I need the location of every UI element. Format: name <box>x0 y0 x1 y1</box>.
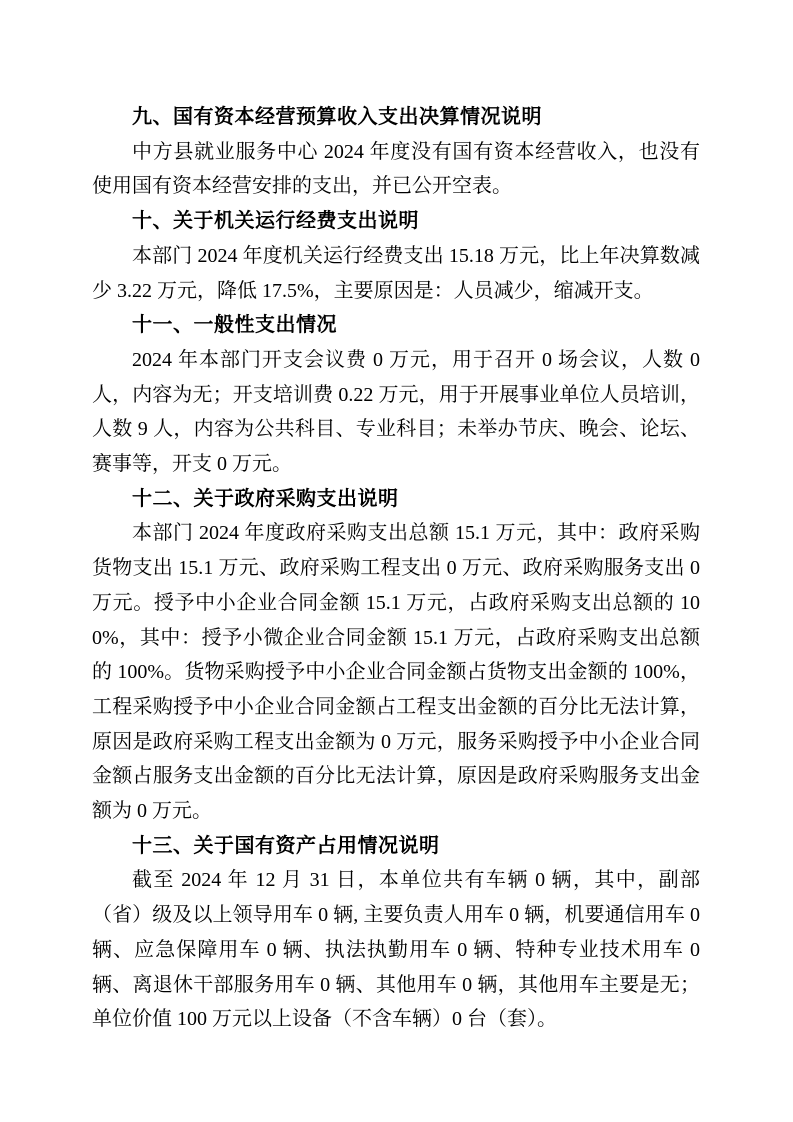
section-state-capital-budget: 九、国有资本经营预算收入支出决算情况说明 中方县就业服务中心 2024 年度没有… <box>92 100 700 204</box>
section-heading-general-expenditure: 十一、一般性支出情况 <box>92 308 700 343</box>
section-body-general-expenditure: 2024 年本部门开支会议费 0 万元，用于召开 0 场会议，人数 0 人，内容… <box>92 343 700 482</box>
section-heading-state-capital-budget: 九、国有资本经营预算收入支出决算情况说明 <box>92 100 700 135</box>
section-state-assets-occupancy: 十三、关于国有资产占用情况说明 截至 2024 年 12 月 31 日，本单位共… <box>92 829 700 1037</box>
section-heading-state-assets-occupancy: 十三、关于国有资产占用情况说明 <box>92 829 700 864</box>
section-agency-operating-expenses: 十、关于机关运行经费支出说明 本部门 2024 年度机关运行经费支出 15.18… <box>92 204 700 308</box>
document-page: 九、国有资本经营预算收入支出决算情况说明 中方县就业服务中心 2024 年度没有… <box>0 0 793 1122</box>
section-body-state-assets-occupancy: 截至 2024 年 12 月 31 日，本单位共有车辆 0 辆，其中，副部（省）… <box>92 863 700 1037</box>
section-body-agency-operating-expenses: 本部门 2024 年度机关运行经费支出 15.18 万元，比上年决算数减少 3.… <box>92 239 700 308</box>
section-body-government-procurement: 本部门 2024 年度政府采购支出总额 15.1 万元，其中：政府采购货物支出 … <box>92 516 700 828</box>
section-body-state-capital-budget: 中方县就业服务中心 2024 年度没有国有资本经营收入，也没有使用国有资本经营安… <box>92 135 700 204</box>
section-heading-agency-operating-expenses: 十、关于机关运行经费支出说明 <box>92 204 700 239</box>
section-general-expenditure: 十一、一般性支出情况 2024 年本部门开支会议费 0 万元，用于召开 0 场会… <box>92 308 700 482</box>
section-government-procurement: 十二、关于政府采购支出说明 本部门 2024 年度政府采购支出总额 15.1 万… <box>92 482 700 829</box>
section-heading-government-procurement: 十二、关于政府采购支出说明 <box>92 482 700 517</box>
